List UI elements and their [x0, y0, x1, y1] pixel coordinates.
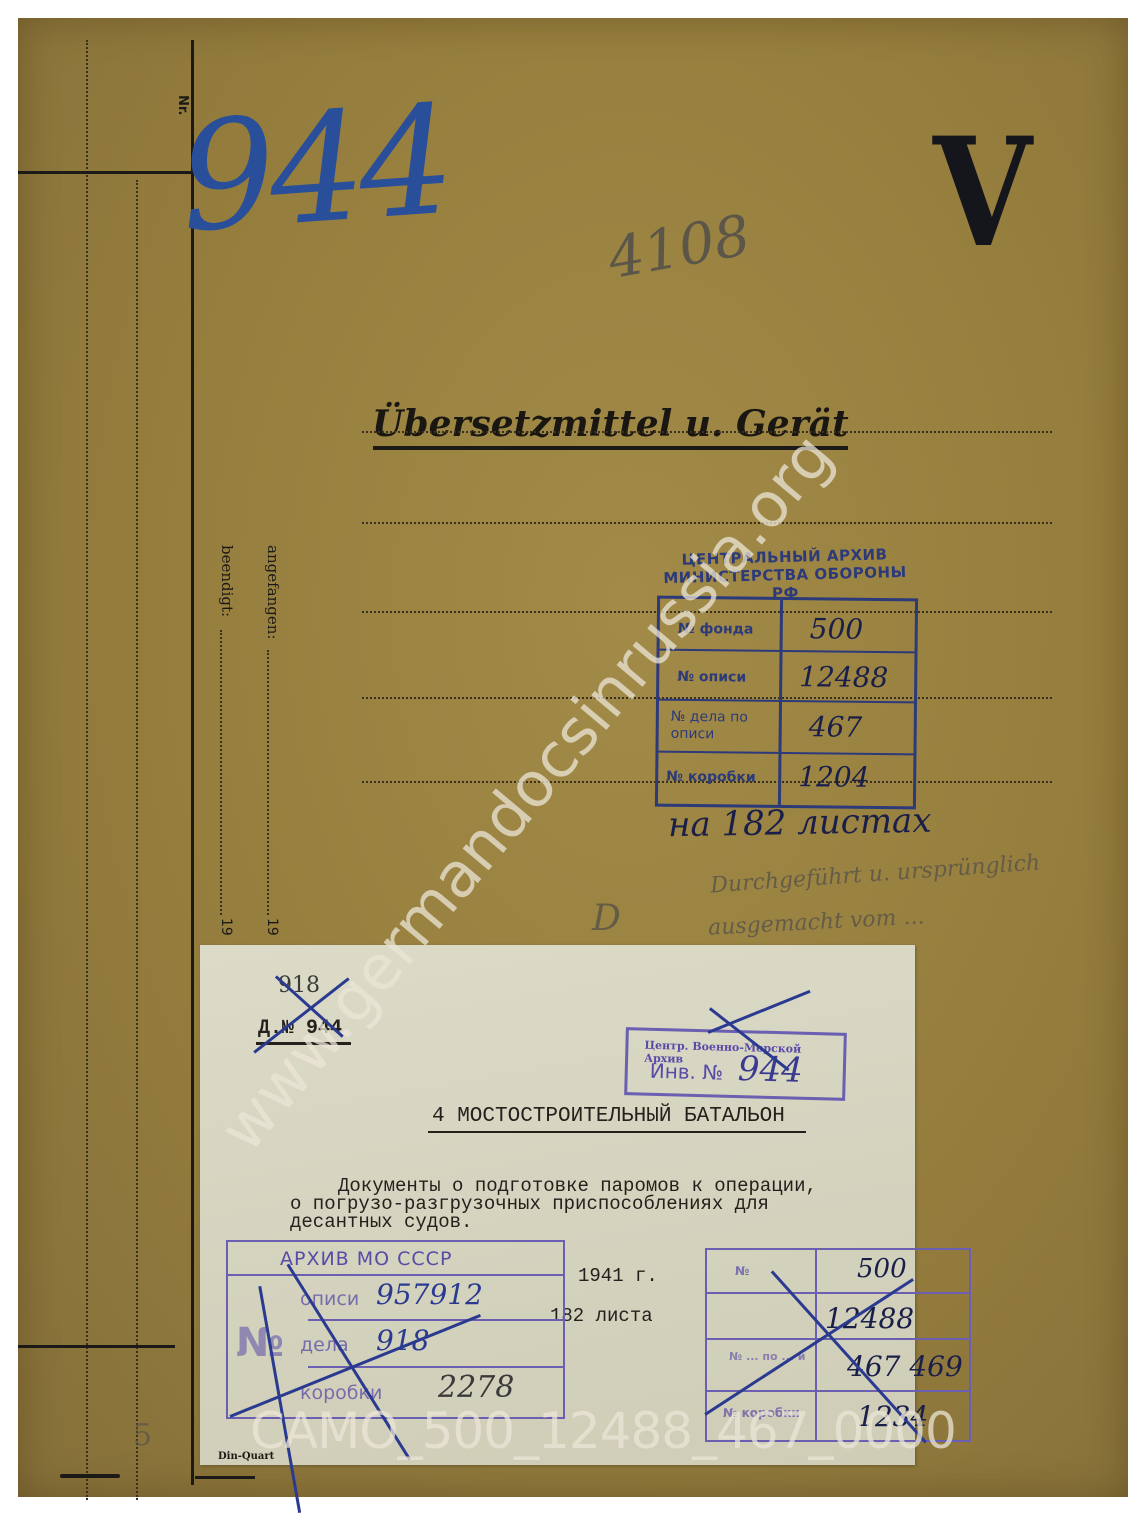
- beendigt-year-prefix: 19: [218, 918, 234, 936]
- ussr-stamp-value-opis: 957912: [376, 1278, 483, 1311]
- stamp-value-korobka: 1204: [798, 760, 870, 794]
- unit-title: 4 МОСТОСТРОИТЕЛЬНЫЙ БАТАЛЬОН: [432, 1105, 785, 1128]
- title-underline: [373, 446, 848, 450]
- inventory-stamp-label: Инв. №: [649, 1059, 723, 1085]
- stamp-row-divider: [707, 1292, 969, 1294]
- stamp-row-divider: [659, 699, 914, 704]
- stamp-row-divider: [658, 751, 913, 756]
- format-label: Din-Quart: [218, 1451, 274, 1462]
- angefangen-year-prefix: 19: [264, 918, 280, 936]
- description-line3: десантных судов.: [290, 1213, 472, 1231]
- pencil-note-initial: D: [592, 898, 621, 939]
- volume-mark-v: V: [933, 118, 1032, 268]
- angefangen-label: angefangen:: [264, 545, 282, 639]
- folder-short-bar-left: [60, 1474, 120, 1478]
- stamp-label-korobka: № коробки: [666, 769, 756, 786]
- handwritten-number-944: 944: [175, 86, 453, 254]
- inventory-stamp: Центр. Военно-Морской Архив Инв. № 944: [624, 1027, 847, 1101]
- ussr-stamp-no-mark: №: [236, 1320, 284, 1366]
- stamp-value-fond: 500: [810, 612, 864, 646]
- folder-short-bar-right: [195, 1476, 255, 1479]
- old-ref-underline: [256, 1042, 351, 1045]
- folder-fold-dotted-line: [86, 40, 88, 1500]
- stamp-value-delo: 467: [809, 710, 863, 744]
- folder-fold-dotted-line-2: [136, 180, 138, 1500]
- sheets-note: на 182 листах: [668, 801, 932, 846]
- stamp-column-divider: [778, 600, 783, 805]
- stamp-label-delo: № дела по описи: [671, 709, 776, 744]
- beendigt-date-line: [220, 630, 222, 915]
- stamp-row-divider: [660, 649, 915, 654]
- folder-divider-bottom: [18, 1345, 175, 1348]
- right-stamp-label-1: №: [735, 1264, 749, 1278]
- dotted-line-2: [362, 522, 1052, 524]
- stamp-row-divider: [707, 1390, 969, 1392]
- right-stamp-value-3: 467 469: [847, 1350, 963, 1383]
- folder-title: Übersetzmittel u. Gerät: [372, 403, 849, 445]
- stamp-label-fond: № фонда: [678, 621, 754, 638]
- bottom-left-number: 5: [133, 1418, 152, 1453]
- beendigt-label: beendigt:: [218, 545, 236, 617]
- stamp-row-divider: [308, 1319, 563, 1321]
- stamp-row-divider: [707, 1338, 969, 1340]
- right-stamp-label-4: № коробки: [723, 1406, 800, 1420]
- angefangen-date-line: [267, 650, 269, 915]
- folder-divider-top: [18, 171, 192, 174]
- ussr-stamp-header: АРХИВ МО СССР: [280, 1248, 452, 1270]
- stamp-label-opis: № описи: [677, 669, 746, 686]
- unit-title-underline: [428, 1131, 806, 1133]
- archive-stamp-rf: № фонда 500 № описи 12488 № дела по опис…: [655, 596, 918, 810]
- sheets-count: 182 листа: [550, 1305, 653, 1327]
- stamp-row-divider: [228, 1274, 563, 1276]
- stamp-value-opis: 12488: [799, 660, 888, 694]
- archive-label-card: 918 Д.№ 944 Центр. Военно-Морской Архив …: [200, 945, 915, 1465]
- stamp-column-divider: [815, 1250, 817, 1440]
- year: 1941 г.: [578, 1265, 658, 1287]
- strike-line: [708, 990, 811, 1034]
- ussr-stamp-value-korobki: 2278: [438, 1370, 514, 1405]
- right-stamp-value-1: 500: [857, 1254, 907, 1284]
- title-dotted-line: [362, 431, 1052, 433]
